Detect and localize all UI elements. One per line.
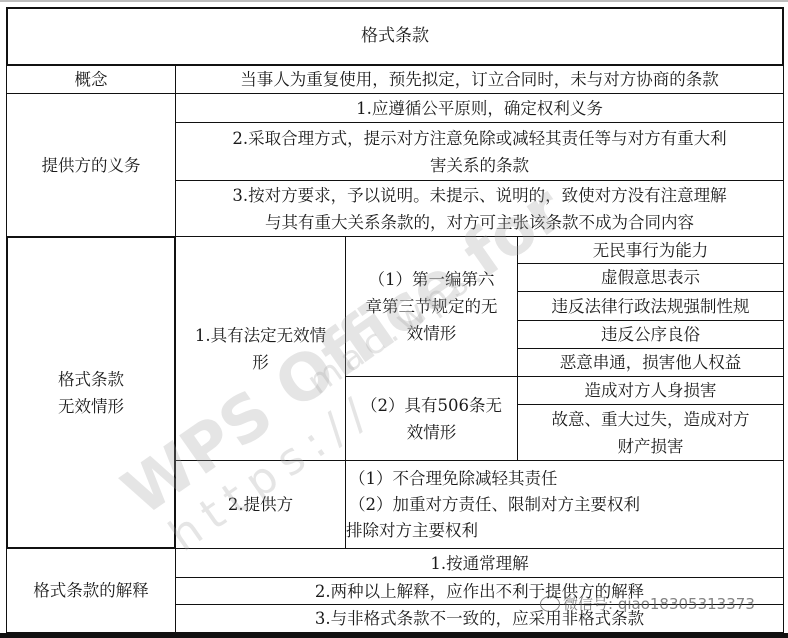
- group1-label: （1）第一编第六 章第三节规定的无 效情形: [345, 236, 518, 377]
- group2-label: （2）具有506条无 效情形: [345, 376, 518, 461]
- concept-content: 当事人为重复使用，预先拟定，订立合同时，未与对方协商的条款: [175, 65, 784, 94]
- wechat-id: 微信号: qiao18305313373: [563, 593, 755, 614]
- table-title: 格式条款: [6, 7, 784, 66]
- wechat-watermark: 微信号: qiao18305313373: [540, 593, 755, 614]
- bottom-bar: [0, 633, 788, 638]
- duty-item-3: 3.按对方要求，予以说明。未提示、说明的，致使对方没有注意理解 与其有重大关系条…: [175, 180, 784, 237]
- provider-invalid-content: （1）不合理免除减轻其责任 （2）加重对方责任、限制对方主要权利 排除对方主要权…: [345, 460, 784, 549]
- group1-item: 虚假意思表示: [517, 263, 784, 292]
- group1-item: 违反法律行政法规强制性规: [517, 291, 784, 321]
- duty-item-2: 2.采取合理方式，提示对方注意免除或减轻其责任等与对方有重大利 害关系的条款: [175, 122, 784, 181]
- group1-item: 无民事行为能力: [517, 236, 784, 264]
- group1-item: 恶意串通，损害他人权益: [517, 348, 784, 377]
- provider-duties-label: 提供方的义务: [6, 93, 176, 237]
- group1-item: 违反公序良俗: [517, 320, 784, 349]
- group2-item: 造成对方人身损害: [517, 376, 784, 405]
- duty-item-1: 1.应遵循公平原则，确定权利义务: [175, 93, 784, 123]
- top-divider: [0, 0, 788, 2]
- concept-label: 概念: [6, 65, 176, 94]
- interpretation-item-1: 1.按通常理解: [175, 548, 784, 578]
- document-page: 格式条款 概念 当事人为重复使用，预先拟定，订立合同时，未与对方协商的条款 提供…: [0, 0, 788, 638]
- invalid-cases-label: 格式条款 无效情形: [6, 236, 176, 549]
- wechat-icon: [540, 596, 560, 612]
- group2-item: 故意、重大过失，造成对方 财产损害: [517, 404, 784, 461]
- provider-invalid-label: 2.提供方: [175, 460, 346, 549]
- statutory-invalid-label: 1.具有法定无效情 形: [175, 236, 346, 461]
- interpretation-label: 格式条款的解释: [6, 548, 176, 633]
